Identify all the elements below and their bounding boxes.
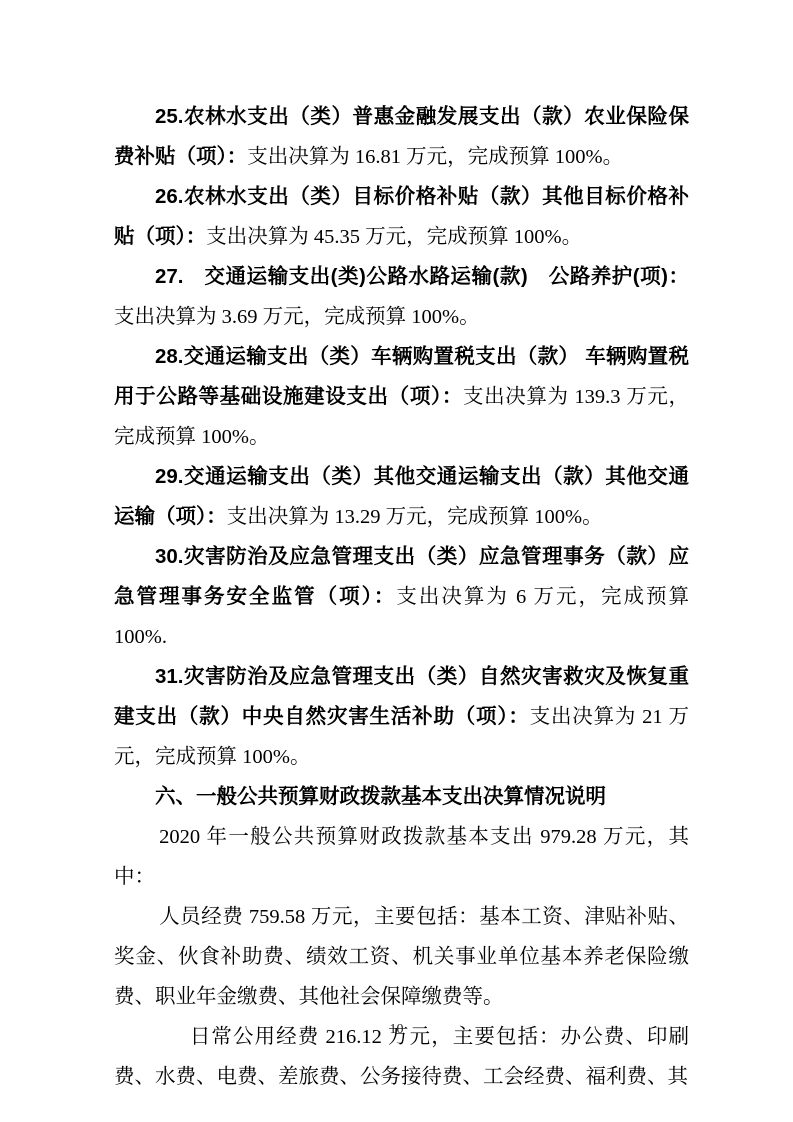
section-heading-six: 六、一般公共预算财政拨款基本支出决算情况说明 bbox=[114, 777, 689, 817]
item-27-detail: 支出决算为 3.69 万元，完成预算 100%。 bbox=[114, 306, 480, 328]
budget-item-28: 28.交通运输支出（类）车辆购置税支出（款） 车辆购置税用于公路等基础设施建设支… bbox=[114, 337, 689, 457]
item-27-heading: 27. 交通运输支出(类)公路水路运输(款) 公路养护(项)： bbox=[155, 265, 689, 288]
budget-item-29: 29.交通运输支出（类）其他交通运输支出（款）其他交通运输（项）：支出决算为 1… bbox=[114, 457, 689, 537]
document-page: 25.农林水支出（类）普惠金融发展支出（款）农业保险保费补贴（项）：支出决算为 … bbox=[0, 0, 793, 1122]
budget-item-31: 31.灾害防治及应急管理支出（类）自然灾害救灾及恢复重建支出（款）中央自然灾害生… bbox=[114, 657, 689, 777]
paragraph-basic-expenditure-total: 2020 年一般公共预算财政拨款基本支出 979.28 万元，其中： bbox=[114, 817, 689, 897]
budget-item-27: 27. 交通运输支出(类)公路水路运输(款) 公路养护(项)：支出决算为 3.6… bbox=[114, 257, 689, 337]
document-content: 25.农林水支出（类）普惠金融发展支出（款）农业保险保费补贴（项）：支出决算为 … bbox=[114, 97, 689, 1097]
budget-item-25: 25.农林水支出（类）普惠金融发展支出（款）农业保险保费补贴（项）：支出决算为 … bbox=[114, 97, 689, 177]
section-heading-text: 六、一般公共预算财政拨款基本支出决算情况说明 bbox=[155, 785, 606, 808]
item-26-detail: 支出决算为 45.35 万元，完成预算 100%。 bbox=[206, 226, 582, 248]
paragraph-personnel-funds: 人员经费 759.58 万元，主要包括：基本工资、津贴补贴、奖金、伙食补助费、绩… bbox=[114, 897, 689, 1017]
budget-item-26: 26.农林水支出（类）目标价格补贴（款）其他目标价格补贴（项）：支出决算为 45… bbox=[114, 177, 689, 257]
item-29-detail: 支出决算为 13.29 万元，完成预算 100%。 bbox=[227, 506, 603, 528]
page-number: 10 bbox=[0, 1020, 793, 1040]
budget-item-30: 30.灾害防治及应急管理支出（类）应急管理事务（款）应急管理事务安全监管（项）：… bbox=[114, 537, 689, 657]
item-25-detail: 支出决算为 16.81 万元，完成预算 100%。 bbox=[247, 146, 623, 168]
